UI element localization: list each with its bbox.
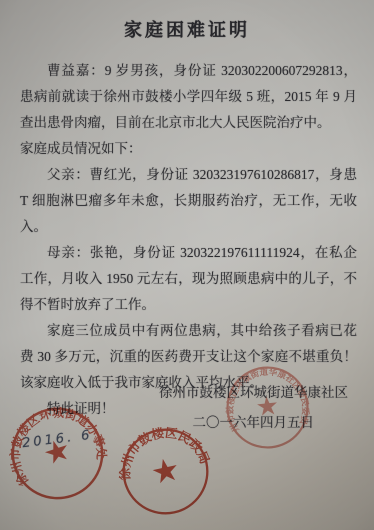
- star-icon: ★: [254, 392, 280, 420]
- paragraph-family-intro: 家庭成员情况如下：: [20, 136, 357, 162]
- paragraph-mother: 母亲：张艳，身份证 320322197611111924，在私企工作，月收入 1…: [20, 240, 357, 318]
- document-body: 曹益嘉：9 岁男孩，身份证 320302200607292813，患病前就读于徐…: [20, 58, 357, 422]
- document-title: 家庭困难证明: [0, 16, 374, 42]
- signature-organization: 徐州市鼓楼区环城街道华康社区: [0, 380, 374, 406]
- document-photo: 家庭困难证明 曹益嘉：9 岁男孩，身份证 320302200607292813，…: [0, 0, 374, 530]
- official-seal-community-committee: 徐州市鼓楼区环城街道华康社区居民委员会 ★: [221, 361, 314, 454]
- official-seal-civil-affairs: 徐州市鼓楼区民政局 ★: [113, 419, 219, 525]
- paragraph-child-info: 曹益嘉：9 岁男孩，身份证 320302200607292813，患病前就读于徐…: [20, 58, 357, 136]
- paragraph-father: 父亲：曹红光，身份证 320323197610286817，身患 T 细胞淋巴瘤…: [20, 162, 357, 240]
